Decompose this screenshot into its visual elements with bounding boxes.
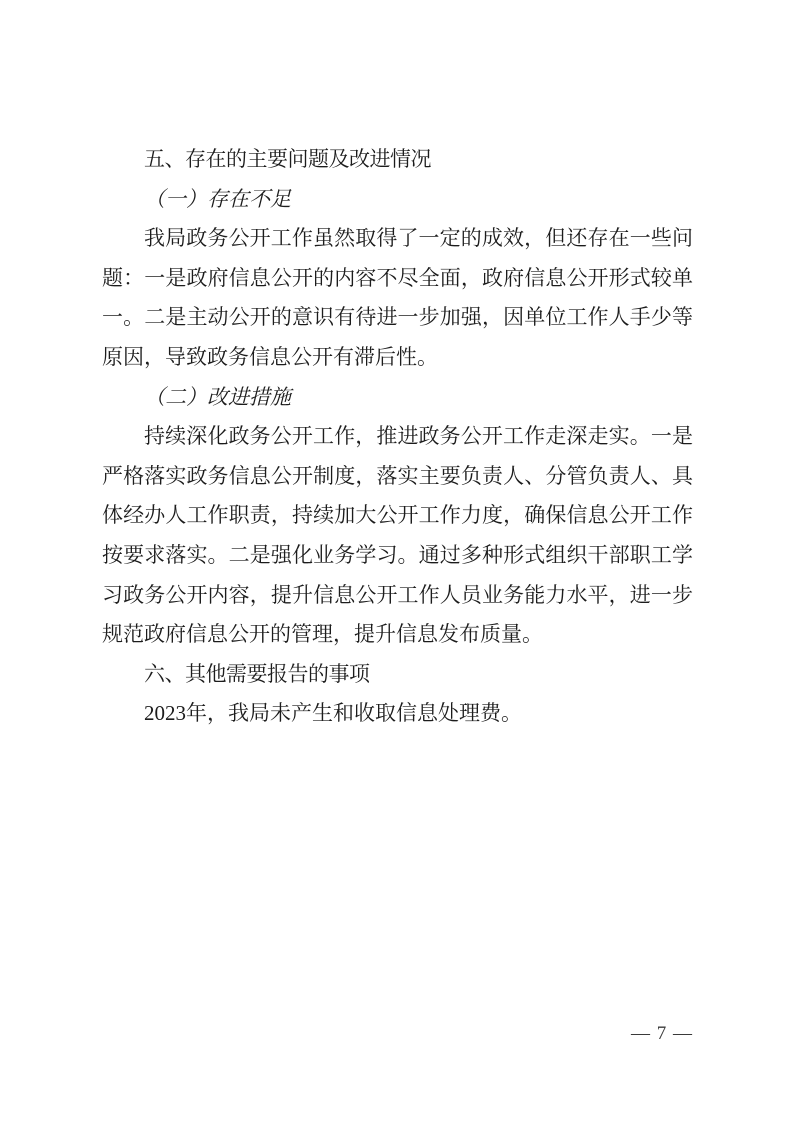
document-page: 五、存在的主要问题及改进情况 （一）存在不足 我局政务公开工作虽然取得了一定的成… bbox=[0, 0, 793, 1122]
subsection-heading-shortcomings: （一）存在不足 bbox=[102, 180, 693, 220]
paragraph-other-matters: 2023年，我局未产生和收取信息处理费。 bbox=[102, 694, 693, 734]
section-heading-existing-problems: 五、存在的主要问题及改进情况 bbox=[102, 140, 693, 180]
subsection-heading-improvement-measures: （二）改进措施 bbox=[102, 378, 693, 418]
page-number: — 7 — bbox=[631, 1023, 693, 1044]
paragraph-shortcomings: 我局政务公开工作虽然取得了一定的成效，但还存在一些问题：一是政府信息公开的内容不… bbox=[102, 219, 693, 377]
page-footer: — 7 — bbox=[620, 1021, 704, 1047]
paragraph-improvement-measures: 持续深化政务公开工作，推进政务公开工作走深走实。一是严格落实政务信息公开制度，落… bbox=[102, 417, 693, 655]
section-heading-other-matters: 六、其他需要报告的事项 bbox=[102, 655, 693, 695]
document-body: 五、存在的主要问题及改进情况 （一）存在不足 我局政务公开工作虽然取得了一定的成… bbox=[102, 140, 693, 734]
